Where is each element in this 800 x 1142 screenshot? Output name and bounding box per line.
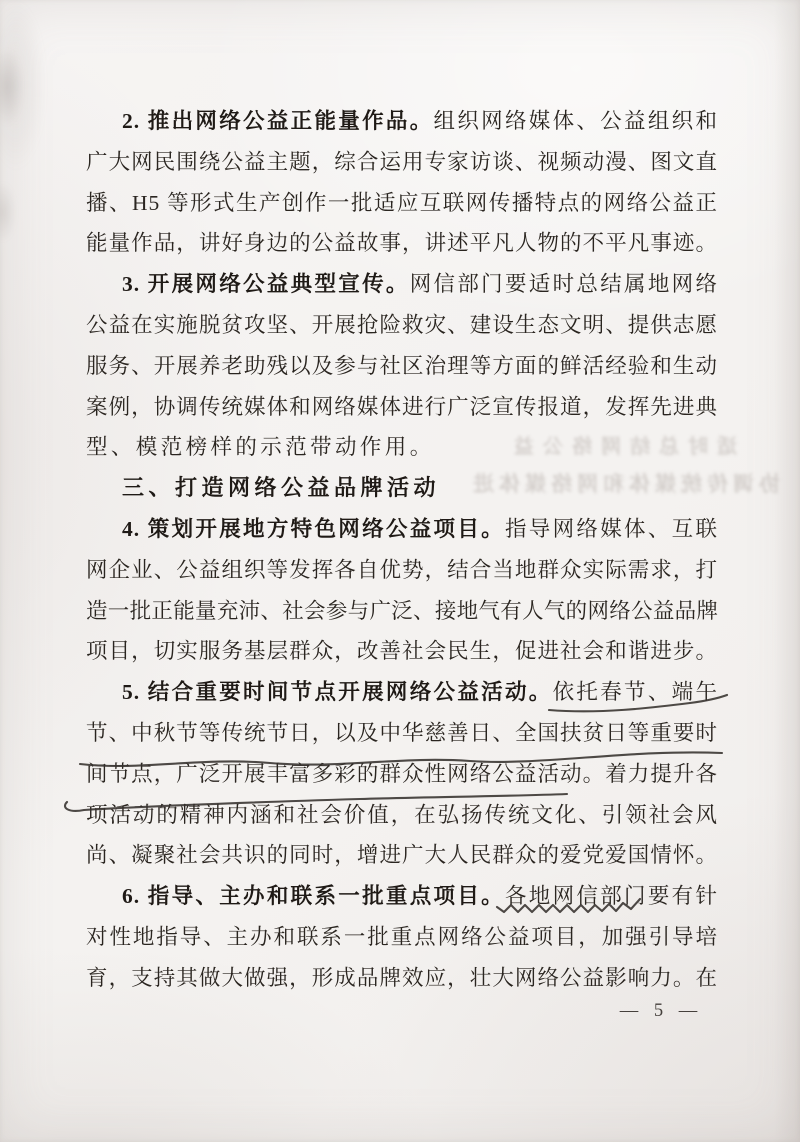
paragraph-3: 3. 开展网络公益典型宣传。网信部门要适时总结属地网络公益在实施脱贫攻坚、开展抢… xyxy=(86,264,718,468)
lead-emphasis-text: 3. 开展网络公益典型宣传。 xyxy=(122,272,410,296)
text-line: 4. 策划开展地方特色网络公益项目。指导网络媒体、互联 xyxy=(86,509,718,550)
lead-emphasis-text: 2. 推出网络公益正能量作品。 xyxy=(122,109,434,133)
paragraph-2: 2. 推出网络公益正能量作品。组织网络媒体、公益组织和广大网民围绕公益主题，综合… xyxy=(86,101,718,264)
body-text: 型、模范榜样的示范带动作用。 xyxy=(86,435,435,459)
text-line: 间节点，广泛开展丰富多彩的群众性网络公益活动。着力提升各 xyxy=(86,754,718,795)
document-body: 2. 推出网络公益正能量作品。组织网络媒体、公益组织和广大网民围绕公益主题，综合… xyxy=(86,101,718,999)
paragraph-6: 6. 指导、主办和联系一批重点项目。各地网信部门要有针对性地指导、主办和联系一批… xyxy=(86,876,718,998)
text-line: 育，支持其做大做强，形成品牌效应，壮大网络公益影响力。在 xyxy=(86,958,718,999)
text-line: 网企业、公益组织等发挥各自优势，结合当地群众实际需求，打 xyxy=(86,550,718,591)
body-text: 案例，协调传统媒体和网络媒体进行广泛宣传报道，发挥先进典 xyxy=(86,395,718,419)
body-text: 各地网信部门要有针 xyxy=(505,884,718,908)
body-text: 公益在实施脱贫攻坚、开展抢险救灾、建设生态文明、提供志愿 xyxy=(86,313,718,337)
scan-shadow-smudge xyxy=(0,182,16,242)
text-line: 三、打造网络公益品牌活动 xyxy=(86,468,718,509)
text-line: 造一批正能量充沛、社会参与广泛、接地气有人气的网络公益品牌 xyxy=(86,591,718,632)
body-text: 育，支持其做大做强，形成品牌效应，壮大网络公益影响力。在 xyxy=(86,966,718,990)
body-text: 播、H5 等形式生产创作一批适应互联网传播特点的网络公益正 xyxy=(86,191,718,215)
text-line: 播、H5 等形式生产创作一批适应互联网传播特点的网络公益正 xyxy=(86,183,718,224)
text-line: 服务、开展养老助残以及参与社区治理等方面的鲜活经验和生动 xyxy=(86,346,718,387)
text-line: 公益在实施脱贫攻坚、开展抢险救灾、建设生态文明、提供志愿 xyxy=(86,305,718,346)
section-heading-3: 三、打造网络公益品牌活动 xyxy=(86,468,718,509)
body-text: 指导网络媒体、互联 xyxy=(505,517,718,541)
body-text: 广大网民围绕公益主题，综合运用专家访谈、视频动漫、图文直 xyxy=(86,150,718,174)
text-line: 广大网民围绕公益主题，综合运用专家访谈、视频动漫、图文直 xyxy=(86,142,718,183)
body-text: 对性地指导、主办和联系一批重点网络公益项目，加强引导培 xyxy=(86,925,718,949)
text-line: 案例，协调传统媒体和网络媒体进行广泛宣传报道，发挥先进典 xyxy=(86,387,718,428)
text-line: 尚、凝聚社会共识的同时，增进广大人民群众的爱党爱国情怀。 xyxy=(86,835,718,876)
paragraph-5: 5. 结合重要时间节点开展网络公益活动。依托春节、端午节、中秋节等传统节日，以及… xyxy=(86,672,718,876)
body-text: 尚、凝聚社会共识的同时，增进广大人民群众的爱党爱国情怀。 xyxy=(86,843,718,867)
body-text: 项活动的精神内涵和社会价值，在弘扬传统文化、引领社会风 xyxy=(86,803,718,827)
text-line: 5. 结合重要时间节点开展网络公益活动。依托春节、端午 xyxy=(86,672,718,713)
scanned-document-page: 适时总结网络公益 协调传统媒体和网络媒体进 2. 推出网络公益正能量作品。组织网… xyxy=(0,0,800,1142)
body-text: 网信部门要适时总结属地网络 xyxy=(410,272,718,296)
lead-emphasis-text: 5. 结合重要时间节点开展网络公益活动。 xyxy=(122,680,553,704)
body-text: 组织网络媒体、公益组织和 xyxy=(434,109,718,133)
body-text: 能量作品，讲好身边的公益故事，讲述平凡人物的不平凡事迹。 xyxy=(86,231,718,255)
paragraph-4: 4. 策划开展地方特色网络公益项目。指导网络媒体、互联网企业、公益组织等发挥各自… xyxy=(86,509,718,672)
page-number: — 5 — xyxy=(616,998,702,1024)
lead-emphasis-text: 4. 策划开展地方特色网络公益项目。 xyxy=(122,517,505,541)
text-line: 节、中秋节等传统节日，以及中华慈善日、全国扶贫日等重要时 xyxy=(86,713,718,754)
body-text: 网企业、公益组织等发挥各自优势，结合当地群众实际需求，打 xyxy=(86,558,718,582)
body-text: 节、中秋节等传统节日，以及中华慈善日、全国扶贫日等重要时 xyxy=(86,721,718,745)
text-line: 3. 开展网络公益典型宣传。网信部门要适时总结属地网络 xyxy=(86,264,718,305)
text-line: 能量作品，讲好身边的公益故事，讲述平凡人物的不平凡事迹。 xyxy=(86,223,718,264)
text-line: 2. 推出网络公益正能量作品。组织网络媒体、公益组织和 xyxy=(86,101,718,142)
body-text: 项目，切实服务基层群众，改善社会民生，促进社会和谐进步。 xyxy=(86,639,718,663)
body-text: 造一批正能量充沛、社会参与广泛、接地气有人气的网络公益品牌 xyxy=(86,599,718,623)
lead-emphasis-text: 三、打造网络公益品牌活动 xyxy=(122,475,440,500)
scan-shadow-smudge xyxy=(0,0,46,170)
text-line: 6. 指导、主办和联系一批重点项目。各地网信部门要有针 xyxy=(86,876,718,917)
text-line: 对性地指导、主办和联系一批重点网络公益项目，加强引导培 xyxy=(86,917,718,958)
scan-shadow-smudge xyxy=(0,48,22,126)
body-text: 间节点，广泛开展丰富多彩的群众性网络公益活动。着力提升各 xyxy=(86,762,718,786)
text-line: 型、模范榜样的示范带动作用。 xyxy=(86,427,718,468)
text-line: 项活动的精神内涵和社会价值，在弘扬传统文化、引领社会风 xyxy=(86,795,718,836)
body-text: 服务、开展养老助残以及参与社区治理等方面的鲜活经验和生动 xyxy=(86,354,718,378)
body-text: 依托春节、端午 xyxy=(553,680,718,704)
text-line: 项目，切实服务基层群众，改善社会民生，促进社会和谐进步。 xyxy=(86,631,718,672)
lead-emphasis-text: 6. 指导、主办和联系一批重点项目。 xyxy=(122,884,505,908)
